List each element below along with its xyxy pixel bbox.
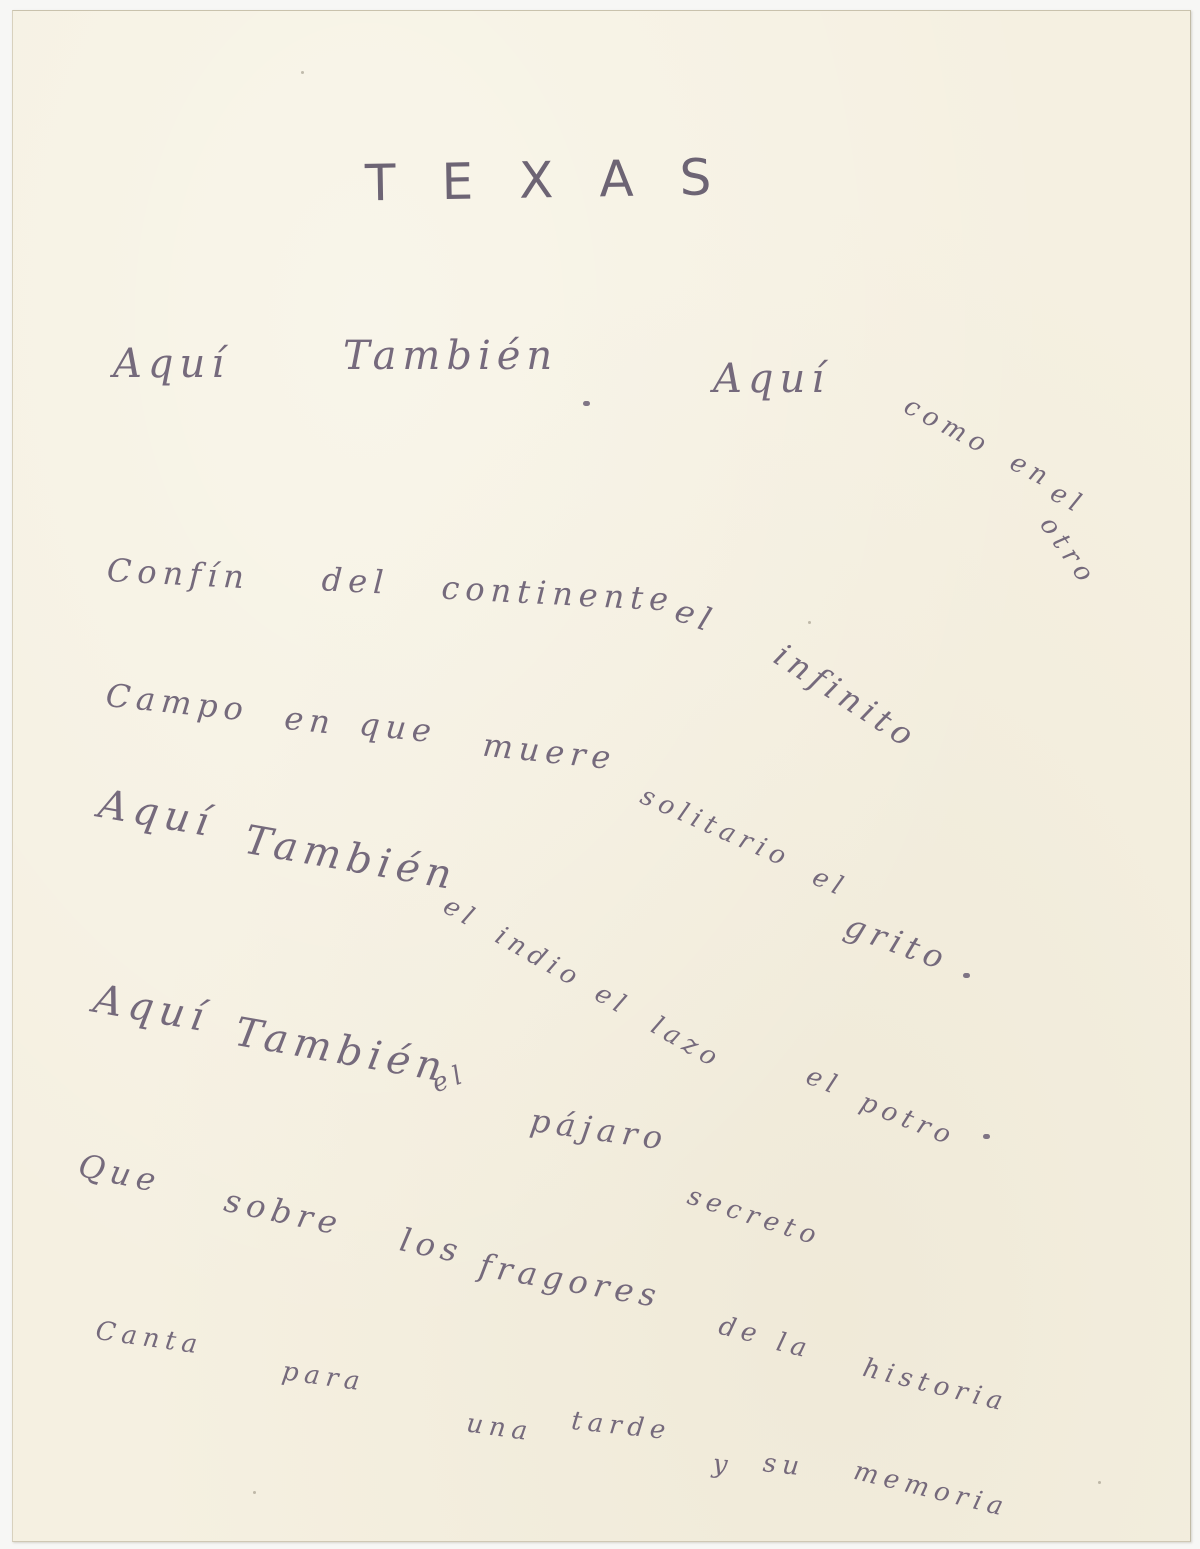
- word: historia: [860, 1353, 1012, 1418]
- word: memoria: [851, 1456, 1012, 1523]
- word: en: [1005, 447, 1058, 494]
- period-mark: [583, 401, 590, 406]
- word: otro: [1033, 511, 1102, 592]
- word: continente: [441, 569, 676, 619]
- period-mark: [983, 1134, 990, 1139]
- paper-speck: [253, 1491, 256, 1494]
- word: También: [241, 817, 461, 900]
- word: el: [802, 1061, 846, 1102]
- word: el: [590, 979, 636, 1023]
- page-title: TEXAS: [365, 148, 758, 213]
- word: potro: [856, 1087, 961, 1153]
- word: sobre: [221, 1181, 347, 1243]
- paper-speck: [808, 621, 811, 624]
- word: Confín: [106, 551, 251, 596]
- word: la: [773, 1327, 815, 1365]
- word: lazo: [646, 1011, 728, 1076]
- word: el: [808, 862, 853, 904]
- word: Aquí: [713, 356, 830, 402]
- word: tarde: [570, 1406, 673, 1446]
- period-mark: [963, 973, 970, 978]
- word: infinito: [767, 636, 925, 757]
- word: Que: [75, 1146, 165, 1201]
- word: para: [280, 1356, 367, 1397]
- word: una: [465, 1408, 536, 1447]
- word: fragores: [476, 1246, 664, 1315]
- word: y: [711, 1449, 735, 1481]
- word: secreto: [684, 1181, 826, 1253]
- word: de: [716, 1311, 766, 1351]
- word: Canta: [94, 1316, 205, 1361]
- word: grito: [840, 906, 955, 979]
- word: el: [670, 591, 722, 641]
- word: como: [899, 391, 997, 462]
- word: solitario: [636, 781, 796, 874]
- word: su: [761, 1448, 806, 1482]
- word: muere: [481, 726, 618, 778]
- manuscript-page: TEXAS Aquí También Aquí como en el otro …: [12, 10, 1191, 1542]
- paper-speck: [1098, 1481, 1101, 1484]
- word: que: [357, 705, 439, 751]
- word: Campo: [104, 676, 251, 729]
- word: del: [321, 560, 391, 601]
- word: pájaro: [528, 1101, 671, 1158]
- word: los: [397, 1220, 467, 1270]
- word: Aquí: [95, 781, 218, 847]
- word: en: [283, 699, 338, 742]
- word: También: [343, 333, 558, 379]
- word: Aquí: [90, 976, 213, 1042]
- word: indio: [490, 921, 588, 995]
- paper-speck: [301, 71, 304, 74]
- word: Aquí: [113, 341, 230, 387]
- word: También: [231, 1009, 451, 1092]
